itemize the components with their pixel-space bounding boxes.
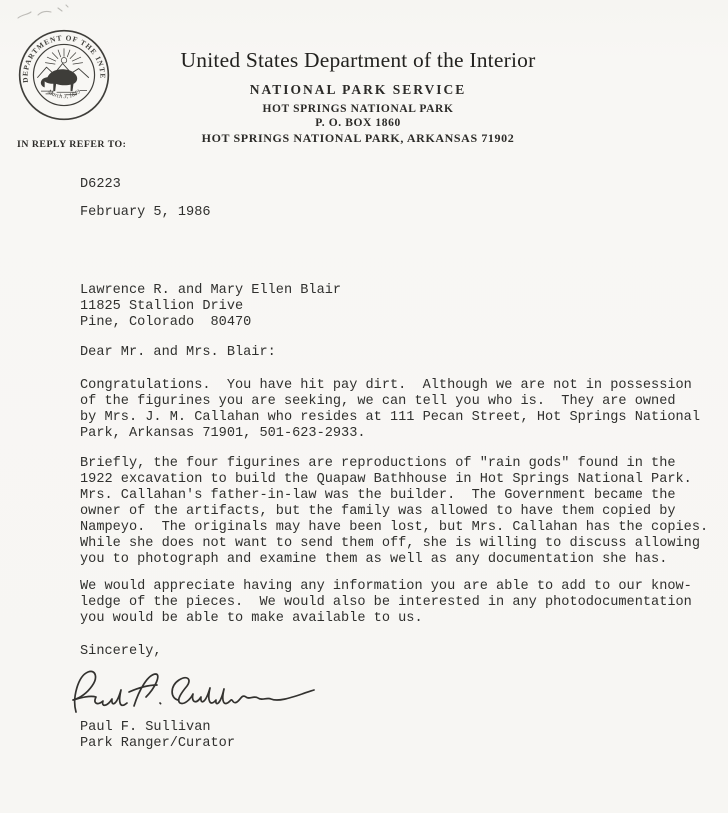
seal-date-text: March 3, 1849 bbox=[45, 89, 81, 101]
closing: Sincerely, bbox=[80, 644, 162, 660]
body-paragraph: Congratulations. You have hit pay dirt. … bbox=[80, 378, 700, 442]
seal-sun-icon bbox=[45, 48, 83, 64]
reply-refer-label: IN REPLY REFER TO: bbox=[17, 139, 126, 150]
service-line: NATIONAL PARK SERVICE bbox=[140, 82, 576, 98]
body-paragraph: We would appreciate having any informati… bbox=[80, 579, 692, 627]
reference-number: D6223 bbox=[80, 177, 121, 193]
recipient-address: Lawrence R. and Mary Ellen Blair 11825 S… bbox=[80, 283, 341, 331]
salutation: Dear Mr. and Mrs. Blair: bbox=[80, 345, 276, 361]
agency-title: United States Department of the Interior bbox=[140, 48, 576, 73]
signer-title: Park Ranger/Curator bbox=[80, 736, 235, 752]
po-box-line: P. O. BOX 1860 bbox=[140, 117, 576, 129]
seal-bison-icon bbox=[41, 69, 77, 91]
letter-page: U.S. DEPARTMENT OF THE INTERIOR March 3,… bbox=[0, 0, 728, 813]
letter-date: February 5, 1986 bbox=[80, 205, 211, 221]
svg-text:March 3, 1849: March 3, 1849 bbox=[45, 89, 81, 101]
park-line: HOT SPRINGS NATIONAL PARK bbox=[140, 103, 576, 115]
hq-address-line: HOT SPRINGS NATIONAL PARK, ARKANSAS 7190… bbox=[140, 131, 576, 146]
signature-script-icon bbox=[66, 662, 318, 722]
body-paragraph: Briefly, the four figurines are reproduc… bbox=[80, 456, 708, 568]
interior-seal-icon: U.S. DEPARTMENT OF THE INTERIOR March 3,… bbox=[18, 29, 110, 121]
pencil-scribble bbox=[10, 2, 90, 24]
signer-name: Paul F. Sullivan bbox=[80, 720, 211, 736]
